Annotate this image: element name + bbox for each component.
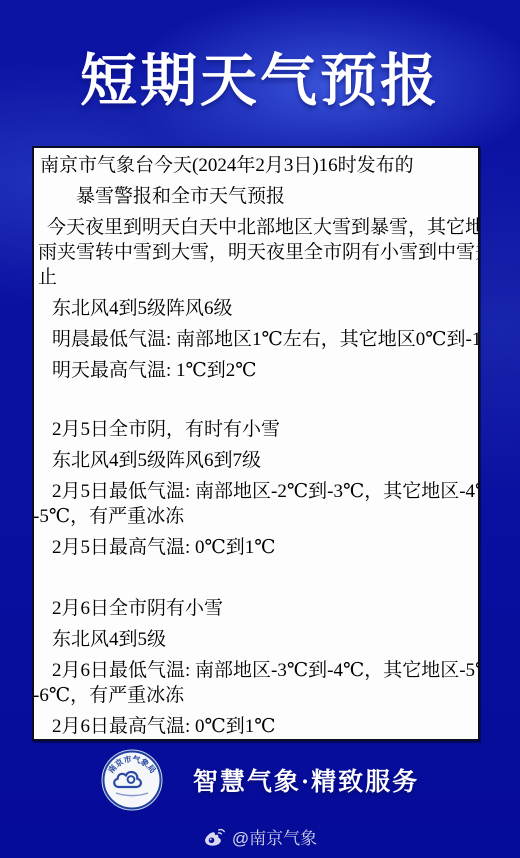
bulletin-line: 雨夹雪转中雪到大雪，明天夜里全市阴有小雪到中雪并渐 [38, 240, 475, 265]
bulletin-line: 东北风4到5级阵风6级 [38, 296, 475, 321]
bulletin-line: 止 [38, 265, 475, 290]
bulletin-line: 南京市气象台今天(2024年2月3日)16时发布的 [38, 153, 475, 178]
bulletin-line: 今天夜里到明天白天中北部地区大雪到暴雪，其它地区 [38, 215, 475, 240]
brand-slogan: 智慧气象·精致服务 [193, 762, 419, 798]
bulletin-line: 2月6日全市阴有小雪 [38, 596, 475, 621]
bulletin-line: -5℃，有严重冰冻 [33, 504, 475, 529]
weibo-watermark: @南京气象 [0, 824, 520, 849]
poster-title: 短期天气预报 [0, 50, 520, 114]
weather-bulletin-poster: 短期天气预报 南京市气象台今天(2024年2月3日)16时发布的 暴雪警报和全市… [0, 0, 520, 858]
bulletin-line: 2月6日最低气温: 南部地区-3℃到-4℃，其它地区-5℃到 [38, 658, 475, 683]
bulletin-line: 明晨最低气温: 南部地区1℃左右，其它地区0℃到-1℃ [38, 327, 475, 352]
weibo-icon [203, 827, 225, 847]
bulletin-line: 2月5日最低气温: 南部地区-2℃到-3℃，其它地区-4℃到 [38, 479, 475, 504]
bulletin-line: 暴雪警报和全市天气预报 [38, 184, 475, 209]
bulletin-line: 2月5日全市阴，有时有小雪 [38, 417, 475, 442]
bulletin-line: -6℃，有严重冰冻 [33, 683, 475, 708]
meteorological-bureau-logo-icon: 南京市气象局 [101, 749, 163, 811]
bulletin-line: 2月5日最高气温: 0℃到1℃ [38, 535, 475, 560]
weibo-handle: @南京气象 [232, 824, 317, 849]
bulletin-line: 2月6日最高气温: 0℃到1℃ [38, 714, 475, 739]
bulletin-line: 明天最高气温: 1℃到2℃ [38, 358, 475, 383]
footer-brand: 南京市气象局 智慧气象·精致服务 [0, 747, 520, 813]
bulletin-card: 南京市气象台今天(2024年2月3日)16时发布的 暴雪警报和全市天气预报 今天… [32, 146, 480, 741]
bulletin-line: 东北风4到5级 [38, 627, 475, 652]
bulletin-line: 东北风4到5级阵风6到7级 [38, 448, 475, 473]
